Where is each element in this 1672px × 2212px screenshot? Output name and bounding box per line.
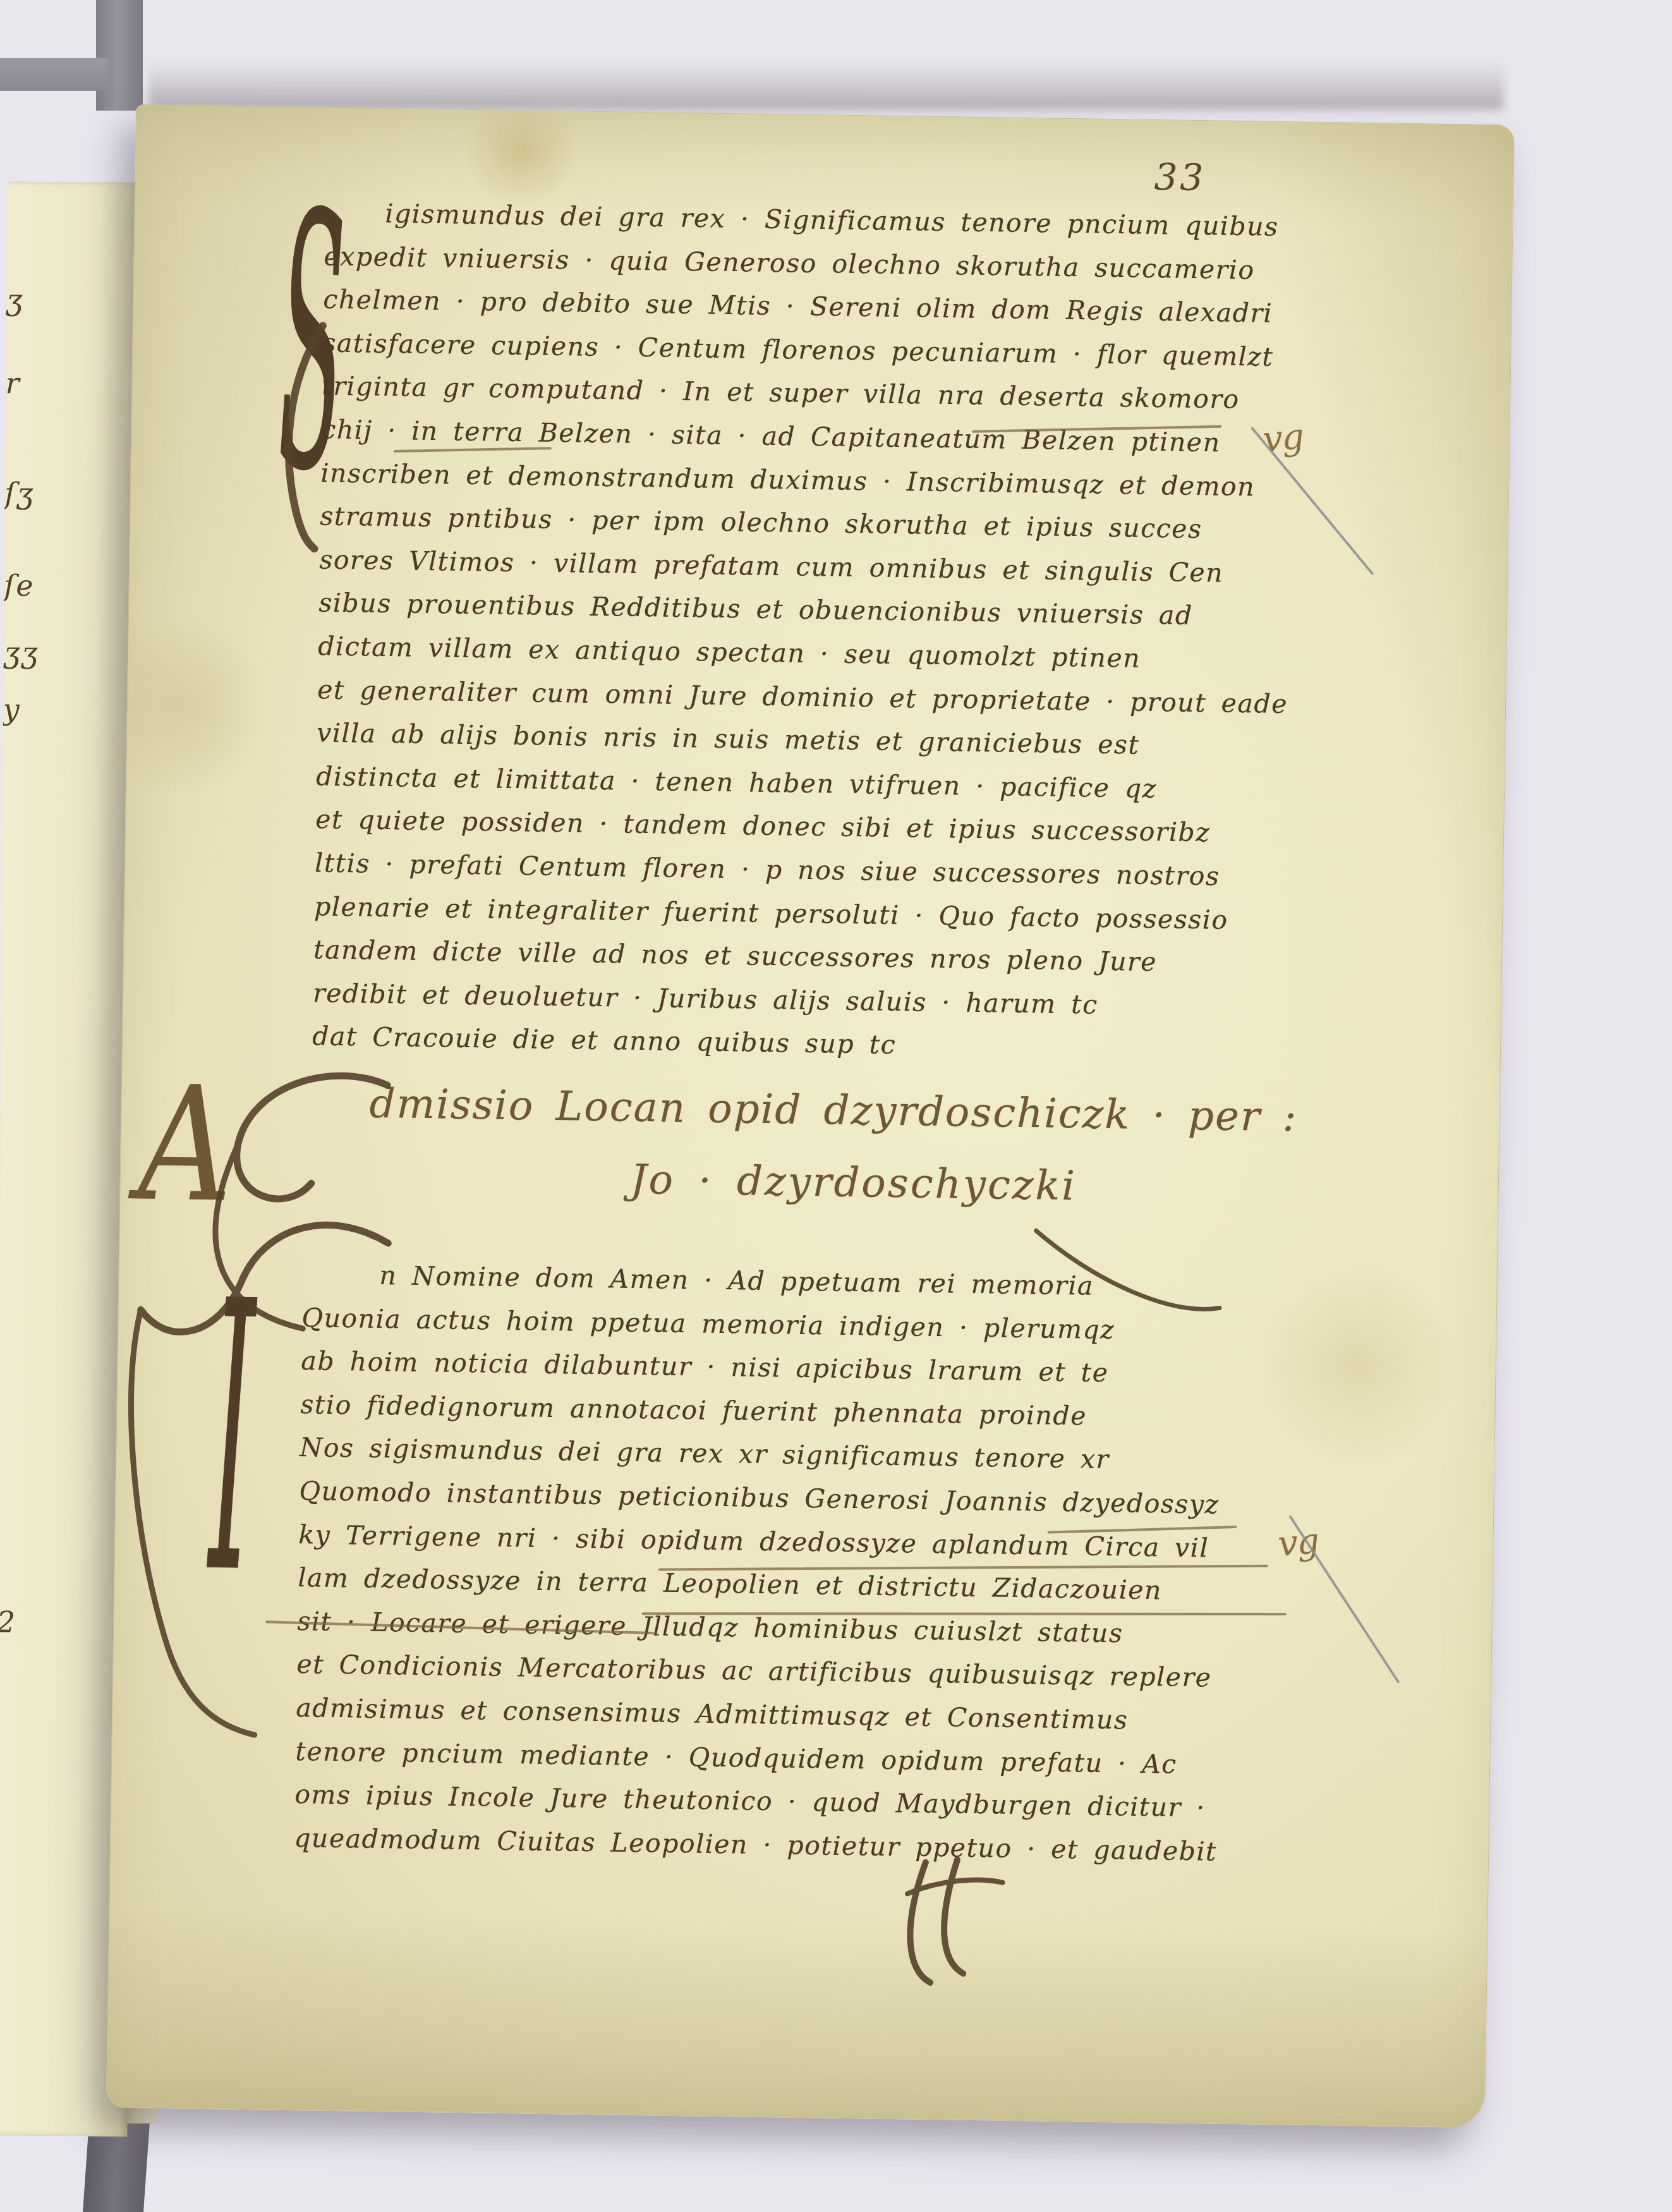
leaf-text-fragment: r xyxy=(5,366,49,400)
entry2-text-block: n Nomine dom Amen · Ad ppetuam rei memor… xyxy=(294,1253,1326,1875)
manuscript-scan: ʒ r ſʒ ſe ʒʒ y 2 ſ 33 S igismundus dei g… xyxy=(0,0,1672,2212)
entry2-initial-letter: I xyxy=(207,1224,257,1657)
leaf-text-fragment: 2 xyxy=(0,1605,41,1639)
binding-clamp-tab xyxy=(0,58,109,91)
leaf-text-fragment: ſe xyxy=(4,568,48,602)
page-top-shadow xyxy=(148,61,1504,110)
folio-number: 33 xyxy=(1154,155,1206,199)
heading-initial-letter: A xyxy=(137,1052,233,1237)
leaf-text-fragment: ʒ xyxy=(6,283,50,317)
entry1-text-block: igismundus dei gra rex · Significamus te… xyxy=(312,191,1323,1073)
leaf-text-fragment: ʒʒ xyxy=(3,635,47,669)
leaf-text-fragment: y xyxy=(3,692,47,726)
record-heading-line-1: dmissio Locan opid dzyrdoschiczk · per : xyxy=(369,1081,1298,1141)
margin-monogram-1: vg xyxy=(1261,416,1305,460)
record-heading-line-2: Jo · dzyrdoschyczki xyxy=(253,1151,1454,1215)
leaf-text-fragment: ſʒ xyxy=(4,476,49,510)
binding-strap-top xyxy=(96,0,143,111)
manuscript-page: 33 S igismundus dei gra rex · Significam… xyxy=(106,104,1515,2128)
